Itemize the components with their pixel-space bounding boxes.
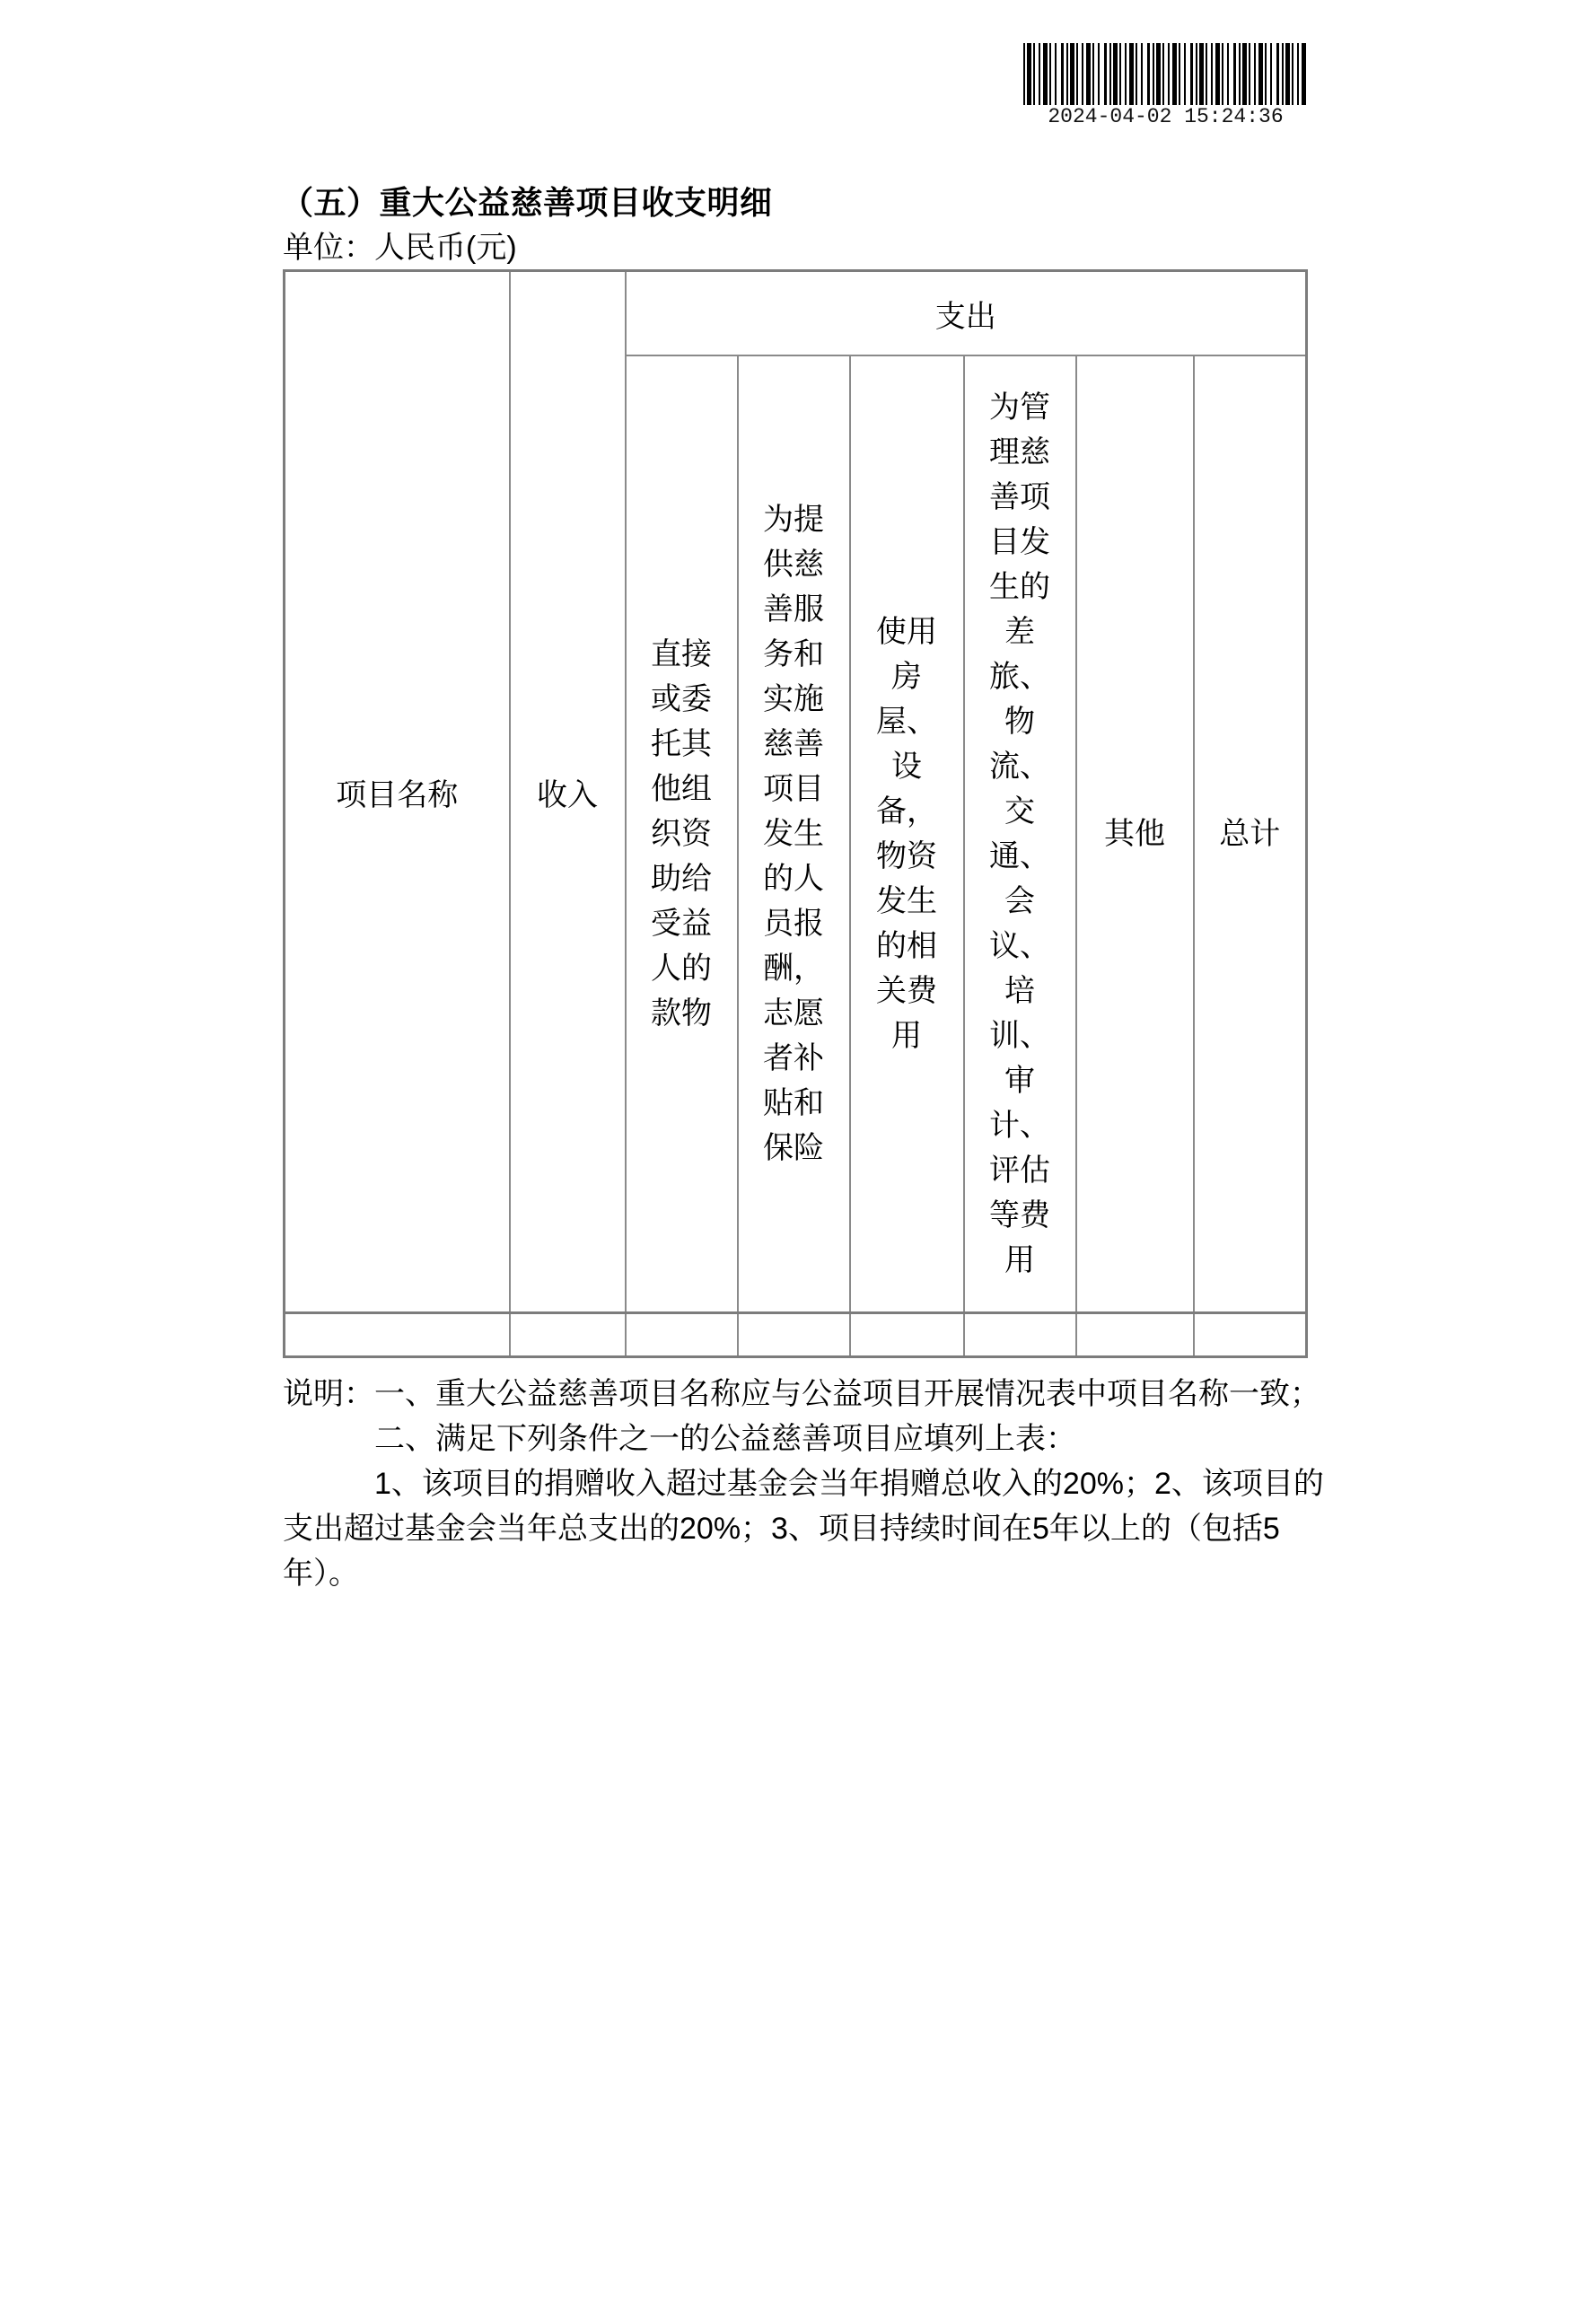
col-header-facility-costs: 使用 房 屋、 设 备， 物资 发生 的相 关费 用 [850, 355, 964, 1313]
table-header-row-1: 项目名称 收入 支出 [285, 271, 1307, 356]
empty-cell-facility-costs [850, 1313, 964, 1357]
col-header-admin-costs: 为管 理慈 善项 目发 生的 差 旅、 物 流、 交 通、 会 议、 培 训、 … [964, 355, 1076, 1313]
document-page: 2024-04-02 15:24:36 （五）重大公益慈善项目收支明细 单位：人… [0, 0, 1596, 2298]
notes-block: 说明：一、重大公益慈善项目名称应与公益项目开展情况表中项目名称一致； 二、满足下… [283, 1372, 1324, 1596]
empty-cell-personnel-costs [738, 1313, 850, 1357]
col-header-project-name: 项目名称 [285, 271, 510, 1313]
table-empty-data-row [285, 1313, 1307, 1357]
note-line-5: 年）。 [283, 1551, 1324, 1596]
col-header-expense-group: 支出 [626, 271, 1307, 356]
empty-cell-total [1194, 1313, 1307, 1357]
col-header-total: 总计 [1194, 355, 1307, 1313]
currency-unit-label: 单位：人民币(元) [283, 223, 517, 267]
empty-cell-admin-costs [964, 1313, 1076, 1357]
empty-cell-direct-aid [626, 1313, 738, 1357]
col-header-income: 收入 [510, 271, 626, 1313]
income-expense-table: 项目名称 收入 支出 直接 或委 托其 他组 织资 助给 受益 人的 款物 为提… [283, 269, 1308, 1358]
barcode [1023, 43, 1308, 105]
empty-cell-project-name [285, 1313, 510, 1357]
col-header-other: 其他 [1076, 355, 1194, 1313]
empty-cell-income [510, 1313, 626, 1357]
note-line-2: 二、满足下列条件之一的公益慈善项目应填列上表： [283, 1417, 1324, 1461]
note-line-1: 说明：一、重大公益慈善项目名称应与公益项目开展情况表中项目名称一致； [283, 1372, 1324, 1417]
note-line-3: 1、该项目的捐赠收入超过基金会当年捐赠总收入的20%；2、该项目的 [283, 1461, 1324, 1506]
empty-cell-other [1076, 1313, 1194, 1357]
section-title: （五）重大公益慈善项目收支明细 [281, 178, 773, 224]
scan-timestamp: 2024-04-02 15:24:36 [1014, 104, 1317, 129]
col-header-direct-aid: 直接 或委 托其 他组 织资 助给 受益 人的 款物 [626, 355, 738, 1313]
note-line-4: 支出超过基金会当年总支出的20%；3、项目持续时间在5年以上的（包括5 [283, 1506, 1324, 1551]
col-header-personnel-costs: 为提 供慈 善服 务和 实施 慈善 项目 发生 的人 员报 酬， 志愿 者补 贴… [738, 355, 850, 1313]
